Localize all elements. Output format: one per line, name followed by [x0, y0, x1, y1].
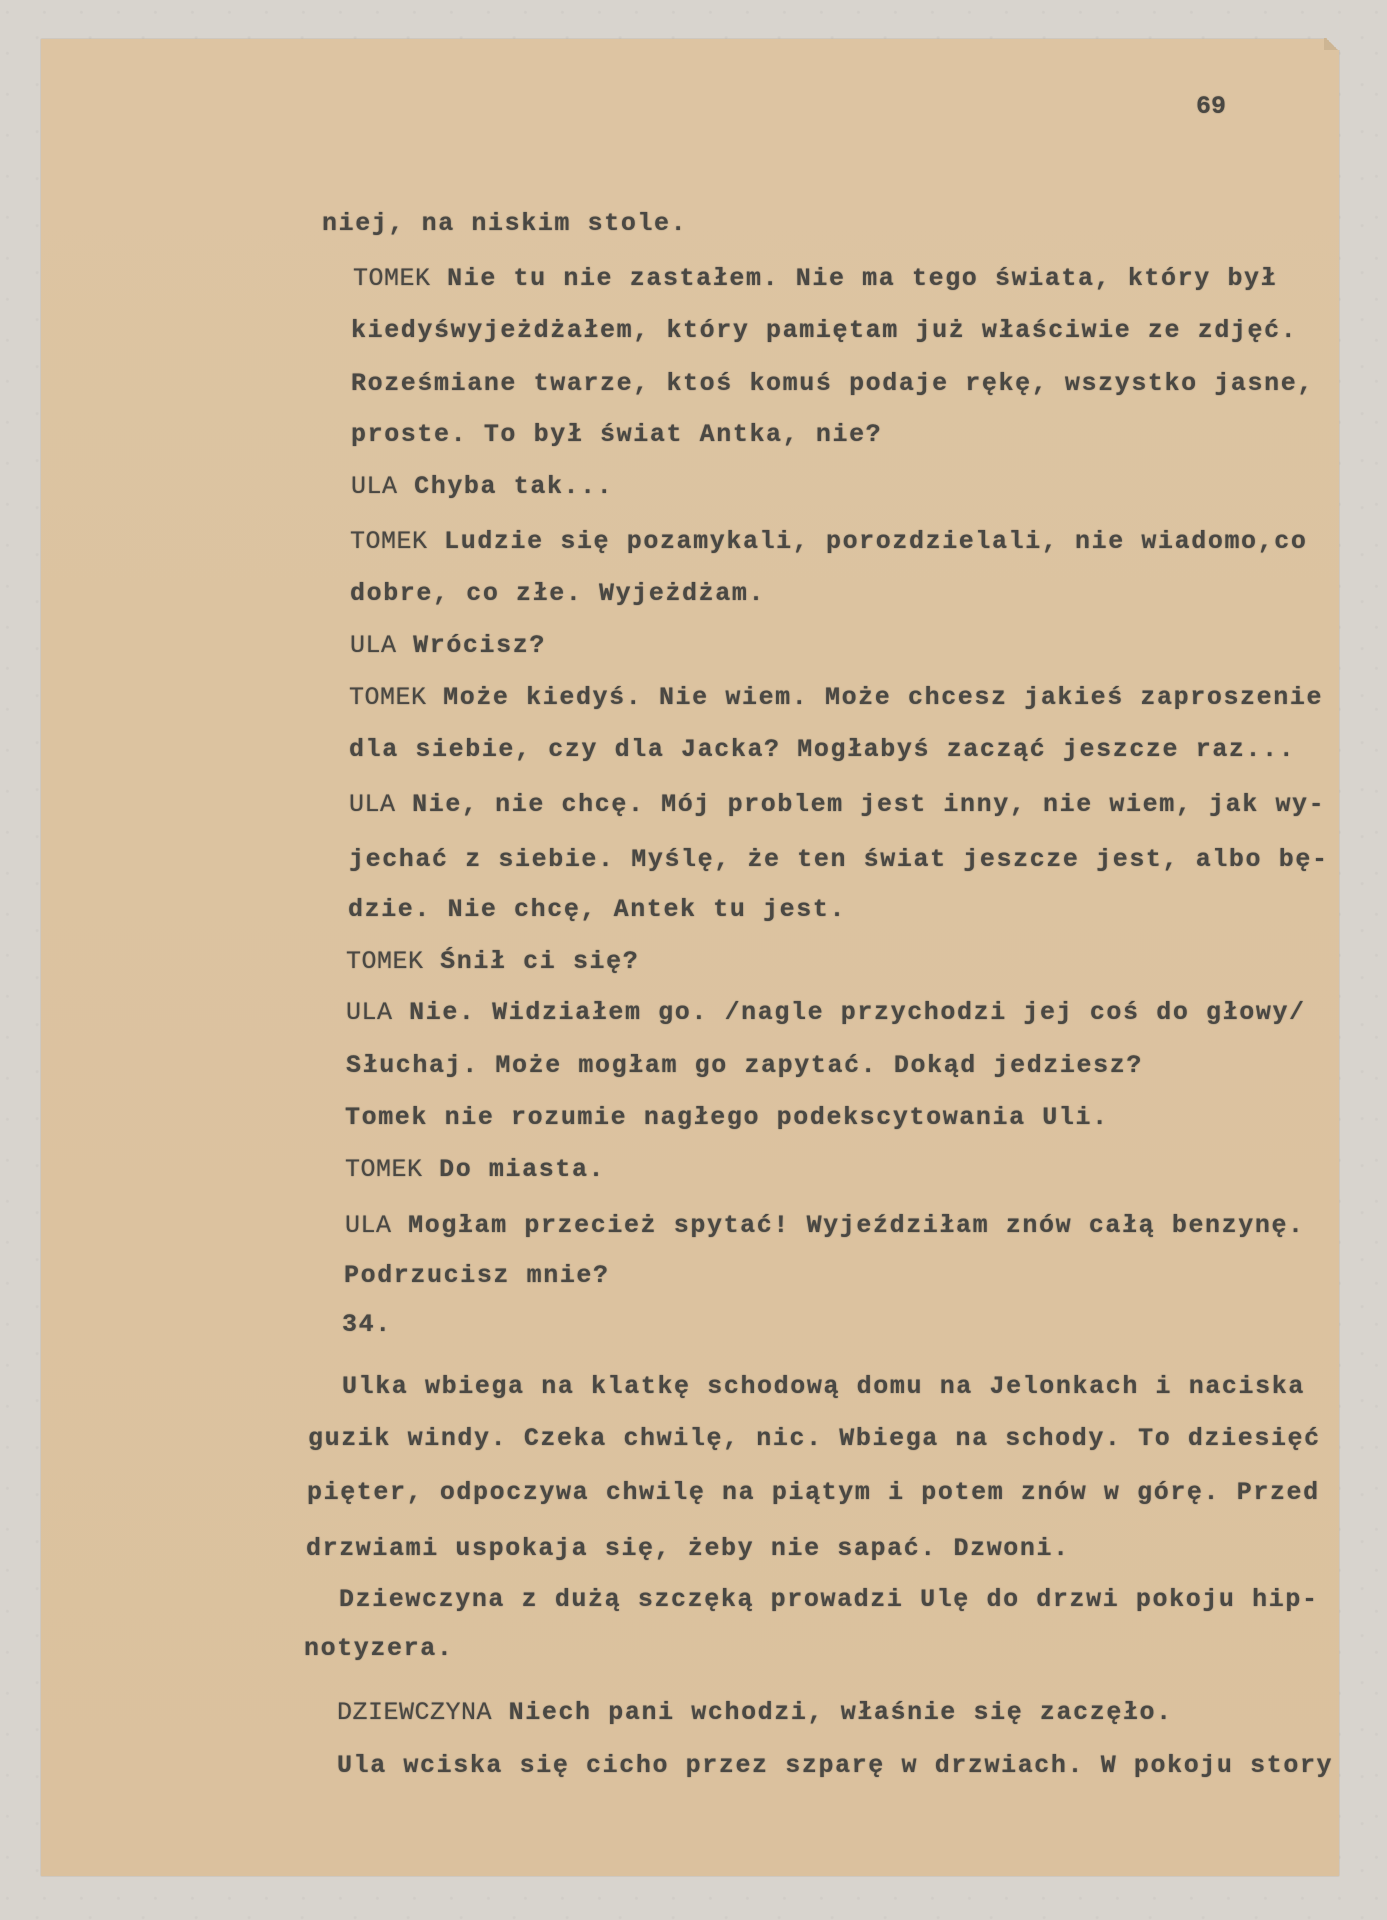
text-line: pięter, odpoczywa chwilę na piątym i pot… [307, 1478, 1320, 1508]
dialogue-line: DZIEWCZYNA Niech pani wchodzi, właśnie s… [337, 1698, 1173, 1728]
speaker-name: TOMEK [349, 683, 427, 712]
line-text: proste. To był świat Antka, nie? [351, 420, 882, 449]
speaker-name: ULA [346, 998, 393, 1027]
speaker-name: ULA [351, 472, 398, 501]
line-text: Mogłam przecież spytać! Wyjeździłam znów… [408, 1211, 1305, 1240]
text-line: dzie. Nie chcę, Antek tu jest. [348, 895, 846, 925]
line-text: 34. [342, 1310, 392, 1339]
line-text: Tomek nie rozumie nagłego podekscytowani… [345, 1103, 1109, 1132]
line-text: notyzera. [304, 1634, 453, 1663]
line-text: Słuchaj. Może mogłam go zapytać. Dokąd j… [346, 1051, 1143, 1080]
line-text: guzik windy. Czeka chwilę, nic. Wbiega n… [308, 1424, 1321, 1453]
line-text: Do miasta. [439, 1155, 605, 1184]
text-line: jechać z siebie. Myślę, że ten świat jes… [349, 845, 1329, 875]
line-text: niej, na niskim stole. [322, 209, 687, 238]
speaker-name: TOMEK [345, 1155, 423, 1184]
line-text: Ula wciska się cicho przez szparę w drzw… [337, 1751, 1333, 1780]
line-text: Śnił ci się? [440, 947, 639, 976]
line-text: Dziewczyna z dużą szczęką prowadzi Ulę d… [339, 1585, 1319, 1614]
text-line: guzik windy. Czeka chwilę, nic. Wbiega n… [308, 1424, 1321, 1454]
line-text: Podrzucisz mnie? [344, 1261, 610, 1290]
text-line: dobre, co złe. Wyjeżdżam. [350, 579, 765, 609]
text-line: 34. [342, 1310, 392, 1340]
dialogue-line: ULA Mogłam przecież spytać! Wyjeździłam … [345, 1211, 1305, 1241]
line-text: Nie, nie chcę. Mój problem jest inny, ni… [412, 790, 1325, 819]
line-text: Chyba tak... [414, 472, 613, 501]
text-line: Ulka wbiega na klatkę schodową domu na J… [342, 1372, 1305, 1402]
line-text: pięter, odpoczywa chwilę na piątym i pot… [307, 1478, 1320, 1507]
line-text: Roześmiane twarze, ktoś komuś podaje ręk… [351, 369, 1314, 398]
line-text: Może kiedyś. Nie wiem. Może chcesz jakie… [443, 683, 1323, 712]
dialogue-line: TOMEK Do miasta. [345, 1155, 605, 1185]
text-line: Podrzucisz mnie? [344, 1261, 610, 1291]
line-text: dla siebie, czy dla Jacka? Mogłabyś zacz… [349, 735, 1295, 764]
dialogue-line: TOMEK Nie tu nie zastałem. Nie ma tego ś… [353, 264, 1277, 294]
speaker-name: TOMEK [353, 264, 431, 293]
line-text: jechać z siebie. Myślę, że ten świat jes… [349, 845, 1329, 874]
dialogue-line: TOMEK Ludzie się pozamykali, porozdziela… [350, 527, 1307, 557]
text-line: Roześmiane twarze, ktoś komuś podaje ręk… [351, 369, 1314, 399]
text-line: Tomek nie rozumie nagłego podekscytowani… [345, 1103, 1109, 1133]
line-text: Wrócisz? [413, 631, 546, 660]
dialogue-line: ULA Wrócisz? [350, 631, 546, 661]
line-text: Ludzie się pozamykali, porozdzielali, ni… [444, 527, 1307, 556]
speaker-name: TOMEK [346, 947, 424, 976]
text-line: niej, na niskim stole. [322, 209, 687, 239]
dialogue-line: ULA Nie. Widziałem go. /nagle przychodzi… [346, 998, 1306, 1028]
line-text: Niech pani wchodzi, właśnie się zaczęło. [509, 1698, 1173, 1727]
text-line: kiedyśwyjeżdżałem, który pamiętam już wł… [351, 316, 1297, 346]
text-line: proste. To był świat Antka, nie? [351, 420, 882, 450]
speaker-name: TOMEK [350, 527, 428, 556]
text-line: Dziewczyna z dużą szczęką prowadzi Ulę d… [339, 1585, 1319, 1615]
dialogue-line: TOMEK Śnił ci się? [346, 947, 639, 977]
line-text: drzwiami uspokaja się, żeby nie sapać. D… [306, 1534, 1070, 1563]
line-text: Nie tu nie zastałem. Nie ma tego świata,… [447, 264, 1277, 293]
speaker-name: ULA [345, 1211, 392, 1240]
dialogue-line: ULA Nie, nie chcę. Mój problem jest inny… [349, 790, 1325, 820]
page-number: 69 [1196, 92, 1226, 121]
text-line: Ula wciska się cicho przez szparę w drzw… [337, 1751, 1333, 1781]
text-line: dla siebie, czy dla Jacka? Mogłabyś zacz… [349, 735, 1295, 765]
dialogue-line: TOMEK Może kiedyś. Nie wiem. Może chcesz… [349, 683, 1323, 713]
speaker-name: ULA [350, 631, 397, 660]
line-text: Ulka wbiega na klatkę schodową domu na J… [342, 1372, 1305, 1401]
text-line: notyzera. [304, 1634, 453, 1664]
dialogue-line: ULA Chyba tak... [351, 472, 613, 502]
speaker-name: ULA [349, 790, 396, 819]
line-text: dobre, co złe. Wyjeżdżam. [350, 579, 765, 608]
line-text: dzie. Nie chcę, Antek tu jest. [348, 895, 846, 924]
line-text: Nie. Widziałem go. /nagle przychodzi jej… [409, 998, 1306, 1027]
speaker-name: DZIEWCZYNA [337, 1698, 492, 1727]
line-text: kiedyśwyjeżdżałem, który pamiętam już wł… [351, 316, 1297, 345]
text-line: drzwiami uspokaja się, żeby nie sapać. D… [306, 1534, 1070, 1564]
text-line: Słuchaj. Może mogłam go zapytać. Dokąd j… [346, 1051, 1143, 1081]
